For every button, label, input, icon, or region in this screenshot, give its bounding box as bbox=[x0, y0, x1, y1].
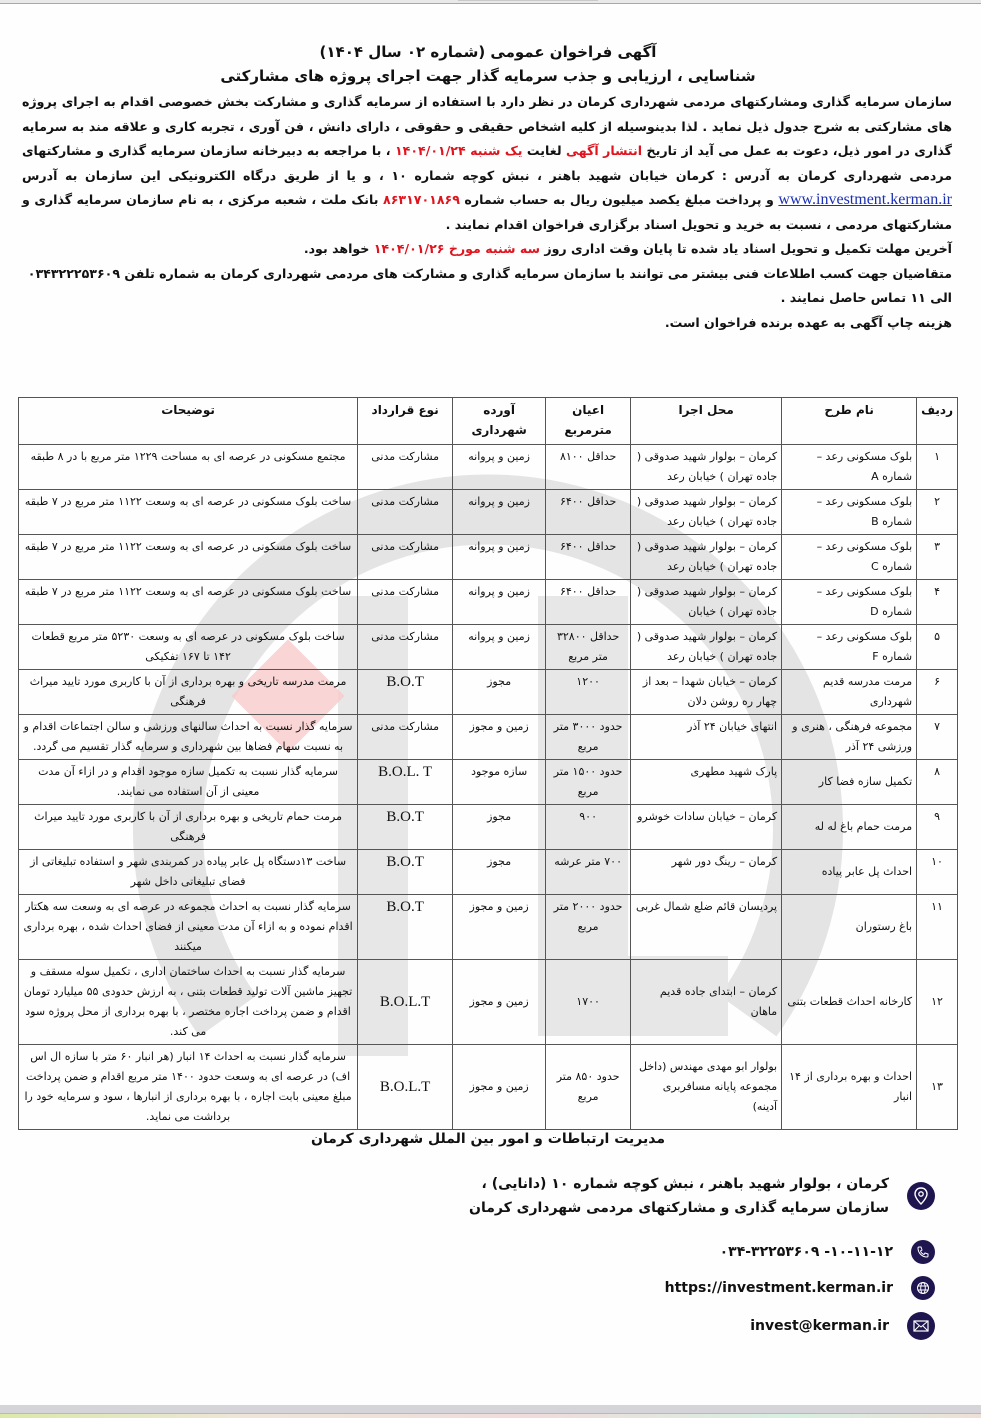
announcement-title: آگهی فراخوان عمومی (شماره ۰۲ سال ۱۴۰۴) bbox=[18, 40, 958, 64]
cell-name: کارخانه احداث قطعات بتنی bbox=[782, 960, 917, 1045]
table-row: ۸ تکمیل سازه فضا کار پارک شهید مطهری حدو… bbox=[19, 760, 958, 805]
phone-number[interactable]: ۰۳۴-۳۲۲۵۳۶۰۹ -۱۰-۱۱-۱۲ bbox=[720, 1240, 893, 1264]
account-number-highlight: ۸۶۳۱۷۰۱۸۶۹ bbox=[383, 192, 460, 207]
header-area: اعیانمترمربع bbox=[546, 398, 631, 445]
cell-location: کرمان – بولوار شهید صدوقی ( جاده تهران )… bbox=[631, 580, 782, 625]
cell-municipality: زمین و پروانه bbox=[453, 580, 546, 625]
cell-municipality: زمین و پروانه bbox=[453, 625, 546, 670]
cell-description: ساخت ۱۳دستگاه پل عابر پیاده در کمربندی ش… bbox=[19, 850, 358, 895]
header-description: توضیحات bbox=[19, 398, 358, 445]
cell-location: پردیسان قائم ضلع شمال غربی bbox=[631, 895, 782, 960]
cell-location: کرمان – بولوار شهید صدوقی ( جاده تهران )… bbox=[631, 445, 782, 490]
location-pin-icon bbox=[907, 1182, 935, 1210]
cell-area: ۹۰۰ bbox=[546, 805, 631, 850]
cell-name: بلوک مسکونی رعد – شماره C bbox=[782, 535, 917, 580]
cell-idx: ۳ bbox=[917, 535, 958, 580]
table-row: ۱۳ احداث و بهره برداری از ۱۴ انبار بولوا… bbox=[19, 1045, 958, 1130]
cell-location: کرمان – بولوار شهید صدوقی ( جاده تهران )… bbox=[631, 535, 782, 580]
cell-municipality: زمین و مجوز bbox=[453, 895, 546, 960]
cell-area: حداقل ۶۴۰۰ bbox=[546, 535, 631, 580]
end-date-highlight: یک شنبه ۱۴۰۴/۰۱/۲۴ bbox=[395, 143, 523, 158]
cell-description: ساخت بلوک مسکونی در عرصه ای به وسعت ۱۱۲۲… bbox=[19, 580, 358, 625]
cell-idx: ۷ bbox=[917, 715, 958, 760]
issuer-title: مدیریت ارتباطات و امور بین الملل شهرداری… bbox=[18, 1131, 958, 1147]
cell-location: کرمان – بولوار شهید صدوقی ( جاده تهران )… bbox=[631, 490, 782, 535]
cell-description: ساخت بلوک مسکونی در عرصه ای به وسعت ۱۱۲۲… bbox=[19, 490, 358, 535]
header-municipality: آورده شهرداری bbox=[453, 398, 546, 445]
cell-municipality: مجوز bbox=[453, 850, 546, 895]
cell-municipality: زمین و پروانه bbox=[453, 490, 546, 535]
cell-name: بلوک مسکونی رعد – شماره F bbox=[782, 625, 917, 670]
cell-idx: ۱۰ bbox=[917, 850, 958, 895]
cell-area: ۷۰۰ متر عرشه bbox=[546, 850, 631, 895]
table-row: ۲ بلوک مسکونی رعد – شماره B کرمان – بولو… bbox=[19, 490, 958, 535]
cell-description: سرمایه گذار نسبت به تکمیل سازه موجود اقد… bbox=[19, 760, 358, 805]
table-row: ۱۲ کارخانه احداث قطعات بتنی کرمان – ابتد… bbox=[19, 960, 958, 1045]
cell-location: انتهای خیابان ۲۴ آذر bbox=[631, 715, 782, 760]
cell-area: حدود ۳۰۰۰ متر مربع bbox=[546, 715, 631, 760]
deadline-text: آخرین مهلت تکمیل و تحویل اسناد یاد شده ت… bbox=[540, 241, 952, 256]
cell-municipality: زمین و مجوز bbox=[453, 1045, 546, 1130]
cell-contract: مشارکت مدنی bbox=[358, 535, 453, 580]
table-header-row: ردیف نام طرح محل اجرا اعیانمترمربع آورده… bbox=[19, 398, 958, 445]
cell-municipality: زمین و پروانه bbox=[453, 535, 546, 580]
globe-icon bbox=[911, 1276, 935, 1300]
cell-idx: ۲ bbox=[917, 490, 958, 535]
cell-contract: مشارکت مدنی bbox=[358, 715, 453, 760]
phone-contact: ۰۳۴-۳۲۲۵۳۶۰۹ -۱۰-۱۱-۱۲ bbox=[720, 1240, 935, 1264]
header-idx: ردیف bbox=[917, 398, 958, 445]
intro-paragraph: سازمان سرمایه گذاری ومشارکتهای مردمی شهر… bbox=[22, 90, 952, 237]
cell-area: ۱۷۰۰ bbox=[546, 960, 631, 1045]
deadline-line: آخرین مهلت تکمیل و تحویل اسناد یاد شده ت… bbox=[22, 237, 952, 262]
announcement-subtitle: شناسایی ، ارزیابی و جذب سرمایه گذار جهت … bbox=[18, 64, 958, 88]
cell-municipality: زمین و مجوز bbox=[453, 960, 546, 1045]
cell-description: مجتمع مسکونی در عرصه ای به مساحت ۱۲۲۹ مت… bbox=[19, 445, 358, 490]
table-row: ۴ بلوک مسکونی رعد – شماره D کرمان – بولو… bbox=[19, 580, 958, 625]
address-contact: کرمان ، بولوار شهید باهنر ، نبش کوچه شما… bbox=[469, 1172, 935, 1220]
cell-description: سرمایه گذار نسبت به احداث ۱۴ انبار (هر ا… bbox=[19, 1045, 358, 1130]
cell-location: کرمان – ابتدای جاده قدیم ماهان bbox=[631, 960, 782, 1045]
cell-idx: ۹ bbox=[917, 805, 958, 850]
cell-contract: مشارکت مدنی bbox=[358, 625, 453, 670]
cell-contract: B.O.L.T bbox=[358, 1045, 453, 1130]
cell-name: باغ رستوران bbox=[782, 895, 917, 960]
address-line-2: سازمان سرمایه گذاری و مشارکتهای مردمی شه… bbox=[469, 1196, 889, 1220]
cell-description: سرمایه گذار نسبت به احداث سالنهای ورزشی … bbox=[19, 715, 358, 760]
header-contract: نوع قرارداد bbox=[358, 398, 453, 445]
deadline-date-highlight: سه شنبه مورخ ۱۴۰۴/۰۱/۲۶ bbox=[374, 241, 540, 256]
cell-location: بولوار ابو مهدی مهندس (داخل مجموعه پایان… bbox=[631, 1045, 782, 1130]
cell-municipality: زمین و پروانه bbox=[453, 445, 546, 490]
header-area-line1: اعیان bbox=[550, 400, 626, 420]
cell-name: بلوک مسکونی رعد – شماره A bbox=[782, 445, 917, 490]
cell-contract: مشارکت مدنی bbox=[358, 580, 453, 625]
cell-location: کرمان – رینگ دور شهر bbox=[631, 850, 782, 895]
cell-name: مرمت مدرسه قدیم شهرداری bbox=[782, 670, 917, 715]
header-location: محل اجرا bbox=[631, 398, 782, 445]
cell-municipality: مجوز bbox=[453, 670, 546, 715]
contact-info-line: متقاضیان جهت کسب اطلاعات فنی بیشتر می تو… bbox=[22, 262, 952, 311]
cell-idx: ۱ bbox=[917, 445, 958, 490]
cell-location: کرمان – خیابان شهدا – بعد از چهار ره روش… bbox=[631, 670, 782, 715]
website-contact: https://investment.kerman.ir bbox=[665, 1276, 935, 1300]
cell-description: سرمایه گذار نسبت به احداث مجموعه در عرصه… bbox=[19, 895, 358, 960]
cell-name: احداث و بهره برداری از ۱۴ انبار bbox=[782, 1045, 917, 1130]
cell-description: ساخت بلوک مسکونی در عرصه ای به وسعت ۵۲۳۰… bbox=[19, 625, 358, 670]
cell-area: حداقل ۶۴۰۰ bbox=[546, 580, 631, 625]
cell-name: بلوک مسکونی رعد – شماره D bbox=[782, 580, 917, 625]
cell-area: حداقل ۸۱۰۰ bbox=[546, 445, 631, 490]
announcement-page: آگهی فراخوان عمومی (شماره ۰۲ سال ۱۴۰۴) ش… bbox=[18, 36, 958, 335]
cell-description: مرمت مدرسه تاریخی و بهره برداری از آن با… bbox=[19, 670, 358, 715]
viewer-bottom-bar bbox=[0, 1405, 981, 1414]
table-row: ۱۰ احداث پل عابر پیاده کرمان – رینگ دور … bbox=[19, 850, 958, 895]
email-address[interactable]: invest@kerman.ir bbox=[750, 1314, 889, 1338]
email-contact: invest@kerman.ir bbox=[750, 1312, 935, 1340]
cell-contract: B.O.T bbox=[358, 850, 453, 895]
cell-location: پارک شهید مطهری bbox=[631, 760, 782, 805]
cell-description: ساخت بلوک مسکونی در عرصه ای به وسعت ۱۱۲۲… bbox=[19, 535, 358, 580]
cell-idx: ۴ bbox=[917, 580, 958, 625]
intro-text-4: و پرداخت مبلغ یکصد میلیون ریال به حساب ش… bbox=[460, 192, 779, 207]
table-row: ۳ بلوک مسکونی رعد – شماره C کرمان – بولو… bbox=[19, 535, 958, 580]
cell-idx: ۶ bbox=[917, 670, 958, 715]
phone-icon bbox=[911, 1240, 935, 1264]
header-area-line2: مترمربع bbox=[550, 420, 626, 440]
cell-idx: ۱۱ bbox=[917, 895, 958, 960]
header-name: نام طرح bbox=[782, 398, 917, 445]
cell-location: کرمان – خیابان سادات خوشرو bbox=[631, 805, 782, 850]
cell-idx: ۸ bbox=[917, 760, 958, 805]
cell-area: حداقل ۶۴۰۰ bbox=[546, 490, 631, 535]
cell-contract: B.O.T bbox=[358, 670, 453, 715]
table-row: ۵ بلوک مسکونی رعد – شماره F کرمان – بولو… bbox=[19, 625, 958, 670]
cell-idx: ۵ bbox=[917, 625, 958, 670]
envelope-icon bbox=[907, 1312, 935, 1340]
cell-area: حداقل ۳۲۸۰۰ متر مربع bbox=[546, 625, 631, 670]
cell-area: حدود ۲۰۰۰ متر مربع bbox=[546, 895, 631, 960]
cell-area: حدود ۱۵۰۰ متر مربع bbox=[546, 760, 631, 805]
publication-date-highlight: انتشار آگهی bbox=[566, 143, 642, 158]
cell-contract: مشارکت مدنی bbox=[358, 445, 453, 490]
intro-text-2: لغایت bbox=[522, 143, 566, 158]
cell-municipality: سازه موجود bbox=[453, 760, 546, 805]
viewer-top-bar bbox=[0, 0, 981, 4]
cost-note-line: هزینه چاپ آگهی به عهده برنده فراخوان است… bbox=[22, 311, 952, 336]
cell-name: مجموعه فرهنگی ، هنری و ورزشی ۲۴ آذر bbox=[782, 715, 917, 760]
cell-idx: ۱۳ bbox=[917, 1045, 958, 1130]
cell-contract: B.O.L. T bbox=[358, 760, 453, 805]
cell-idx: ۱۲ bbox=[917, 960, 958, 1045]
cell-name: تکمیل سازه فضا کار bbox=[782, 760, 917, 805]
cell-contract: مشارکت مدنی bbox=[358, 490, 453, 535]
table-row: ۱۱ باغ رستوران پردیسان قائم ضلع شمال غرب… bbox=[19, 895, 958, 960]
address-text: کرمان ، بولوار شهید باهنر ، نبش کوچه شما… bbox=[469, 1172, 889, 1220]
deadline-text-end: خواهد بود. bbox=[304, 241, 374, 256]
cell-contract: B.O.T bbox=[358, 895, 453, 960]
cell-contract: B.O.T bbox=[358, 805, 453, 850]
website-link[interactable]: www.investment.kerman.ir bbox=[778, 191, 952, 208]
cell-contract: B.O.L.T bbox=[358, 960, 453, 1045]
table-row: ۹ مرمت حمام باغ له له کرمان – خیابان ساد… bbox=[19, 805, 958, 850]
cell-municipality: مجوز bbox=[453, 805, 546, 850]
cell-name: بلوک مسکونی رعد – شماره B bbox=[782, 490, 917, 535]
cell-name: مرمت حمام باغ له له bbox=[782, 805, 917, 850]
table-row: ۶ مرمت مدرسه قدیم شهرداری کرمان – خیابان… bbox=[19, 670, 958, 715]
cell-description: سرمایه گذار نسبت به احداث ساختمان اداری … bbox=[19, 960, 358, 1045]
table-row: ۱ بلوک مسکونی رعد – شماره A کرمان – بولو… bbox=[19, 445, 958, 490]
cell-description: مرمت حمام تاریخی و بهره برداری از آن با … bbox=[19, 805, 358, 850]
cell-area: حدود ۸۵۰ متر مربع bbox=[546, 1045, 631, 1130]
table-row: ۷ مجموعه فرهنگی ، هنری و ورزشی ۲۴ آذر ان… bbox=[19, 715, 958, 760]
projects-table: ردیف نام طرح محل اجرا اعیانمترمربع آورده… bbox=[18, 397, 958, 1130]
cell-location: کرمان – بولوار شهید صدوقی ( جاده تهران )… bbox=[631, 625, 782, 670]
cell-name: احداث پل عابر پیاده bbox=[782, 850, 917, 895]
viewer-bottom-strip bbox=[0, 1414, 981, 1418]
viewer-tab-indicator bbox=[458, 0, 598, 1]
cell-area: ۱۲۰۰ bbox=[546, 670, 631, 715]
cell-municipality: زمین و مجوز bbox=[453, 715, 546, 760]
address-line-1: کرمان ، بولوار شهید باهنر ، نبش کوچه شما… bbox=[469, 1172, 889, 1196]
website-url[interactable]: https://investment.kerman.ir bbox=[665, 1276, 893, 1300]
